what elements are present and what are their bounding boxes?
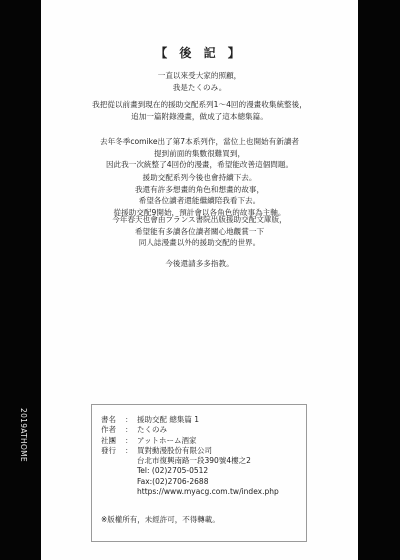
row-separator: [123, 477, 137, 487]
text-line: 今後還請多多指教。: [41, 258, 358, 270]
colophon-row-circle: 社團 ： アットホーム酒家: [101, 436, 279, 446]
colophon-row-publisher: 發行 ： 買對動漫股份有限公司: [101, 446, 279, 456]
row-value: アットホーム酒家: [137, 436, 196, 446]
row-separator: ：: [123, 436, 137, 446]
text-line: 援助交配系列今後也會持續下去。: [41, 172, 358, 184]
text-line: 我把從以前畫到現在的援助交配系列1〜4回的漫畫收集統整後，: [41, 99, 358, 111]
paragraph-2: 我把從以前畫到現在的援助交配系列1〜4回的漫畫收集統整後， 追加一篇附錄漫畫，做…: [41, 99, 358, 122]
row-separator: ：: [123, 415, 137, 425]
text-line: 我是たくのみ。: [41, 82, 358, 94]
row-key: [101, 466, 123, 476]
row-key: 社團: [101, 436, 123, 446]
text-line: 我還有許多想畫的角色和想畫的故事，: [41, 184, 358, 196]
row-key: 發行: [101, 446, 123, 456]
colophon-row-tel: Tel: (02)2705-0512: [101, 466, 279, 476]
colophon-row-title: 書名 ： 援助交配 總集篇 1: [101, 415, 279, 425]
row-value: たくのみ: [137, 425, 167, 435]
right-black-border: [358, 0, 400, 560]
row-key: [101, 456, 123, 466]
paragraph-5: 今年春天也會由フランス書院出版援助交配文庫版， 希望能有多讀各位讀者關心地觀賞一…: [41, 214, 358, 249]
text-line: 因此我一次統整了4回份的漫畫，希望能改善這個問題。: [41, 159, 358, 171]
afterword-title: 【 後 記 】: [41, 44, 358, 61]
text-line: 提到前面的集數很難買到，: [41, 148, 358, 160]
text-line: 同人誌漫畫以外的援助交配的世界。: [41, 237, 358, 249]
colophon-row-address: 台北市復興南路一段390號4樓之2: [101, 456, 279, 466]
row-separator: [123, 487, 137, 497]
paragraph-1: 一直以來受大家的照顧， 我是たくのみ。: [41, 70, 358, 93]
row-separator: ：: [123, 425, 137, 435]
row-key: 作者: [101, 425, 123, 435]
row-separator: [123, 456, 137, 466]
row-value: 援助交配 總集篇 1: [137, 415, 199, 425]
copyright-notice: ※版權所有，未經許可，不得轉載。: [101, 514, 220, 525]
row-value: Tel: (02)2705-0512: [137, 466, 208, 476]
paragraph-4: 援助交配系列今後也會持續下去。 我還有許多想畫的角色和想畫的故事， 希望各位讀者…: [41, 172, 358, 218]
colophon-row-fax: Fax:(02)2706-2688: [101, 477, 279, 487]
row-value: Fax:(02)2706-2688: [137, 477, 208, 487]
colophon-rows: 書名 ： 援助交配 總集篇 1 作者 ： たくのみ 社團 ： アットホーム酒家 …: [101, 415, 279, 497]
text-line: 去年冬季comike出了第7本系列作，當位上也開始有新讀者: [41, 136, 358, 148]
paragraph-3: 去年冬季comike出了第7本系列作，當位上也開始有新讀者 提到前面的集數很難買…: [41, 136, 358, 171]
row-key: 書名: [101, 415, 123, 425]
row-separator: [123, 466, 137, 476]
afterword-page: 【 後 記 】 一直以來受大家的照顧， 我是たくのみ。 我把從以前畫到現在的援助…: [41, 0, 358, 560]
colophon-box: 書名 ： 援助交配 總集篇 1 作者 ： たくのみ 社團 ： アットホーム酒家 …: [91, 404, 307, 542]
left-black-border: 2019ATHOME: [0, 0, 41, 560]
row-value: https://www.myacg.com.tw/index.php: [137, 487, 279, 497]
row-key: [101, 477, 123, 487]
text-line: 希望能有多讀各位讀者關心地觀賞一下: [41, 226, 358, 238]
side-label: 2019ATHOME: [12, 408, 28, 468]
row-value: 台北市復興南路一段390號4樓之2: [137, 456, 251, 466]
colophon-row-url: https://www.myacg.com.tw/index.php: [101, 487, 279, 497]
row-separator: ：: [123, 446, 137, 456]
text-line: 今年春天也會由フランス書院出版援助交配文庫版，: [41, 214, 358, 226]
text-line: 追加一篇附錄漫畫，做成了這本總集篇。: [41, 111, 358, 123]
colophon-row-author: 作者 ： たくのみ: [101, 425, 279, 435]
text-line: 一直以來受大家的照顧，: [41, 70, 358, 82]
text-line: 希望各位讀者還能繼續陪我看下去。: [41, 195, 358, 207]
paragraph-6: 今後還請多多指教。: [41, 258, 358, 270]
row-value: 買對動漫股份有限公司: [137, 446, 212, 456]
row-key: [101, 487, 123, 497]
